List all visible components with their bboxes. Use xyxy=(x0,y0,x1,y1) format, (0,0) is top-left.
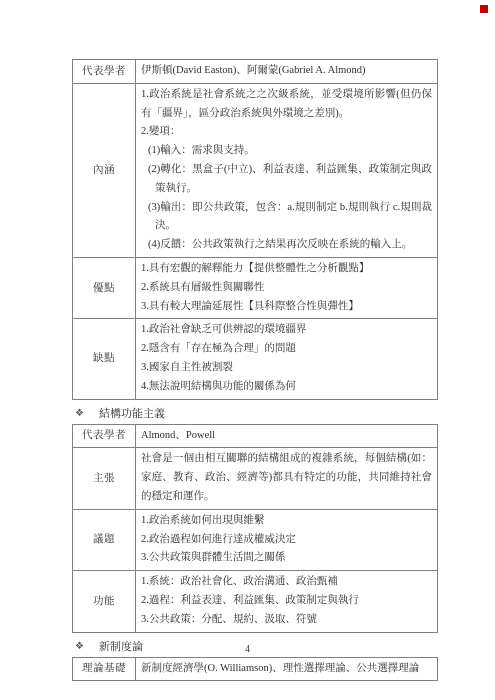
table-row: 功能1.系統：政治社會化、政治溝通、政治甄補2.過程：利益表達、利益匯集、政策制… xyxy=(73,571,438,632)
content-item: 伊斯頓(David Easton)、阿爾蒙(Gabriel A. Almond) xyxy=(141,62,432,81)
table-row: 代表學者Almond、Powell xyxy=(73,424,438,448)
row-label: 內涵 xyxy=(73,83,136,257)
content-item: 1.政治社會缺乏可供辨認的環境疆界 xyxy=(141,321,432,340)
table-row: 主張社會是一個由相互關聯的結構組成的複雜系統，每個結構(如：家庭、教育、政治、經… xyxy=(73,448,438,509)
content-item: 社會是一個由相互關聯的結構組成的複雜系統，每個結構(如：家庭、教育、政治、經濟等… xyxy=(141,450,432,506)
document-body: 代表學者伊斯頓(David Easton)、阿爾蒙(Gabriel A. Alm… xyxy=(72,59,438,681)
row-content: 新制度經濟學(O. Williamson)、理性選擇理論、公共選擇理論 xyxy=(136,657,438,681)
row-label: 代表學者 xyxy=(73,60,136,84)
table-row: 內涵1.政治系統是社會系統之之次級系統，並受環境所影響(但仍保有「疆界」，區分政… xyxy=(73,83,438,257)
structural-functionalism-table: 代表學者Almond、Powell主張社會是一個由相互關聯的結構組成的複雜系統，… xyxy=(72,424,438,633)
content-item: 3.公共政策：分配、規約、汲取、符號 xyxy=(141,611,432,630)
row-content: 1.政治系統如何出現與維繫2.政治過程如何進行達成權威決定3.公共政策與群體生活… xyxy=(136,509,438,570)
row-content: 1.政治社會缺乏可供辨認的環境疆界2.隱含有「存在極為合理」的問題3.國家自主性… xyxy=(136,319,438,399)
document-page: 代表學者伊斯頓(David Easton)、阿爾蒙(Gabriel A. Alm… xyxy=(0,0,495,700)
row-content: 1.具有宏觀的解釋能力【提供整體性之分析觀點】2.系統具有層級性與關聯性3.具有… xyxy=(136,257,438,318)
row-content: 1.系統：政治社會化、政治溝通、政治甄補2.過程：利益表達、利益匯集、政策制定與… xyxy=(136,571,438,632)
row-label: 缺點 xyxy=(73,319,136,399)
content-item: 1.政治系統是社會系統之之次級系統，並受環境所影響(但仍保有「疆界」，區分政治系… xyxy=(141,86,432,124)
row-content: 社會是一個由相互關聯的結構組成的複雜系統，每個結構(如：家庭、教育、政治、經濟等… xyxy=(136,448,438,509)
content-item: (1)輸入：需求與支持。 xyxy=(141,142,432,161)
section-title: 結構功能主義 xyxy=(99,405,165,421)
content-item: 1.系統：政治社會化、政治溝通、政治甄補 xyxy=(141,573,432,592)
row-label: 優點 xyxy=(73,257,136,318)
row-label: 功能 xyxy=(73,571,136,632)
table-row: 議題1.政治系統如何出現與維繫2.政治過程如何進行達成權威決定3.公共政策與群體… xyxy=(73,509,438,570)
table-row: 代表學者伊斯頓(David Easton)、阿爾蒙(Gabriel A. Alm… xyxy=(73,60,438,84)
table-row: 優點1.具有宏觀的解釋能力【提供整體性之分析觀點】2.系統具有層級性與關聯性3.… xyxy=(73,257,438,318)
content-item: Almond、Powell xyxy=(141,427,432,446)
content-item: 2.系統具有層級性與關聯性 xyxy=(141,279,432,298)
new-institutionalism-table: 理論基礎新制度經濟學(O. Williamson)、理性選擇理論、公共選擇理論 xyxy=(72,657,438,682)
table-row: 理論基礎新制度經濟學(O. Williamson)、理性選擇理論、公共選擇理論 xyxy=(73,657,438,681)
content-item: 3.國家自主性被割裂 xyxy=(141,359,432,378)
content-item: (3)輸出：即公共政策，包含：a.規則制定 b.規則執行 c.規則裁決。 xyxy=(141,199,432,237)
row-label: 代表學者 xyxy=(73,424,136,448)
content-item: 3.具有較大理論延展性【具科際整合性與彈性】 xyxy=(141,298,432,317)
red-square-icon xyxy=(480,5,488,13)
row-label: 理論基礎 xyxy=(73,657,136,681)
table-row: 缺點1.政治社會缺乏可供辨認的環境疆界2.隱含有「存在極為合理」的問題3.國家自… xyxy=(73,319,438,399)
content-item: (4)反饋：公共政策執行之結果再次反映在系統的輸入上。 xyxy=(141,236,432,255)
content-item: 1.政治系統如何出現與維繫 xyxy=(141,512,432,531)
page-number: 4 xyxy=(0,644,495,655)
content-item: 1.具有宏觀的解釋能力【提供整體性之分析觀點】 xyxy=(141,260,432,279)
content-item: 2.隱含有「存在極為合理」的問題 xyxy=(141,340,432,359)
row-content: 1.政治系統是社會系統之之次級系統，並受環境所影響(但仍保有「疆界」，區分政治系… xyxy=(136,83,438,257)
row-content: Almond、Powell xyxy=(136,424,438,448)
diamond-bullet-icon: ❖ xyxy=(75,407,84,420)
content-item: 新制度經濟學(O. Williamson)、理性選擇理論、公共選擇理論 xyxy=(141,660,432,679)
content-item: 4.無法說明結構與功能的關係為何 xyxy=(141,378,432,397)
row-label: 議題 xyxy=(73,509,136,570)
content-item: (2)轉化：黑盒子(中立)、利益表達、利益匯集、政策制定與政策執行。 xyxy=(141,161,432,199)
content-item: 2.變項： xyxy=(141,123,432,142)
row-label: 主張 xyxy=(73,448,136,509)
content-item: 2.過程：利益表達、利益匯集、政策制定與執行 xyxy=(141,592,432,611)
section-header: ❖結構功能主義 xyxy=(75,407,438,420)
systems-theory-table: 代表學者伊斯頓(David Easton)、阿爾蒙(Gabriel A. Alm… xyxy=(72,59,438,400)
row-content: 伊斯頓(David Easton)、阿爾蒙(Gabriel A. Almond) xyxy=(136,60,438,84)
content-item: 3.公共政策與群體生活間之關係 xyxy=(141,549,432,568)
content-item: 2.政治過程如何進行達成權威決定 xyxy=(141,531,432,550)
